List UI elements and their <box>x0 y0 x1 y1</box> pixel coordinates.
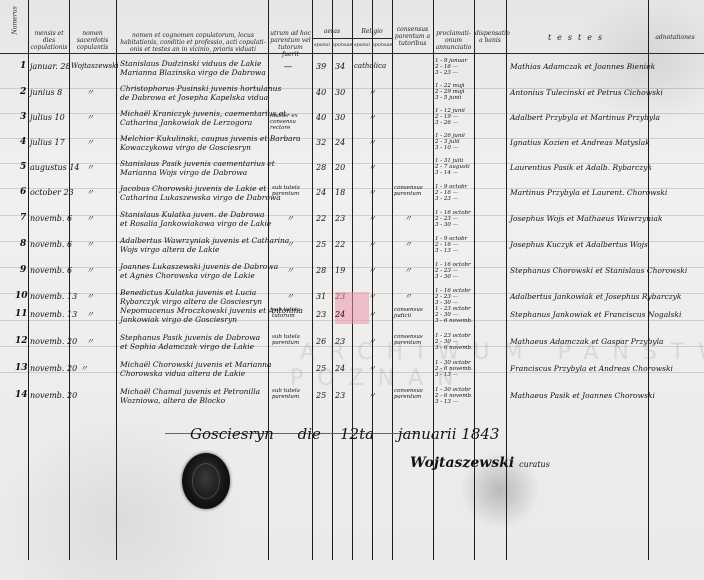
row-age-bride: 30 <box>335 113 345 122</box>
row-witnesses: Josephus Wojs et Mathaeus Wawrzyniak <box>510 214 663 223</box>
header-couple: nomen et cognomen copulatorum, locus hab… <box>120 32 266 53</box>
row-number: 8 <box>20 240 26 249</box>
row-religion: 〃 <box>368 310 376 319</box>
row-age-bride: 20 <box>335 163 345 172</box>
row-religion: 〃 <box>368 240 376 249</box>
column-rule <box>28 0 29 560</box>
column-rule <box>474 0 475 560</box>
row-age-bride: 18 <box>335 188 345 197</box>
column-rule <box>506 0 507 560</box>
row-priest: 〃 <box>86 88 94 97</box>
row-date: novemb. 6 <box>30 214 72 223</box>
row-banns-3: 3 - 10 — <box>435 145 458 151</box>
row-bride: Chorowska vidua altera de Lakie <box>120 369 245 379</box>
row-bride: Marianna Blazinska virgo de Dabrowa <box>120 68 266 78</box>
archive-watermark-city: POZNAŃ <box>290 366 468 391</box>
header-dispensation: consensus parentum a tutoribus <box>393 26 432 47</box>
row-age-groom: 40 <box>316 88 326 97</box>
row-age-bride: 23 <box>335 214 345 223</box>
row-priest: 〃 <box>80 364 88 373</box>
row-age-bride: 22 <box>335 240 345 249</box>
row-religion: 〃 <box>368 214 376 223</box>
row-date: junius 8 <box>30 88 62 97</box>
header-priest: nomen sacerdotis copulantis <box>70 30 115 51</box>
row-consent: 〃 <box>286 292 294 301</box>
row-consent: sub tutela tutorum <box>272 307 312 319</box>
row-number: 1 <box>20 62 26 71</box>
row-number: 3 <box>20 113 26 122</box>
row-witnesses: Ignatius Kozien et Andreas Matyslak <box>510 138 650 147</box>
header-rule <box>0 53 704 54</box>
row-consent: 〃 <box>286 240 294 249</box>
header-religion-sponsi: sponsi <box>352 42 372 49</box>
closing-place: Gosciesryn <box>190 425 274 443</box>
row-bride: et Rosalia Jankowiakowa virgo de Lakie <box>120 219 271 229</box>
row-bride: de Dabrowa et Josepha Kapelska vidua <box>120 93 268 103</box>
row-number: 9 <box>20 266 26 275</box>
row-banns-3: 3 - 6 novemb. <box>435 318 473 324</box>
header-impediment: dispensatio a banis <box>475 30 505 44</box>
row-number: 11 <box>15 310 28 319</box>
row-priest: 〃 <box>86 113 94 122</box>
row-banns-3: 3 - 13 — <box>435 248 458 254</box>
row-priest: 〃 <box>86 337 94 346</box>
header-religion: Religio <box>352 28 392 35</box>
header-date: mensis et dies copulationis <box>30 30 68 51</box>
row-age-bride: 23 <box>335 391 345 400</box>
column-rule <box>332 0 333 560</box>
row-banns-3: 3 - 5 junii <box>435 95 461 101</box>
row-priest: 〃 <box>86 310 94 319</box>
column-rule <box>69 0 70 560</box>
row-age-groom: 40 <box>316 113 326 122</box>
row-bride: Wozniowa, altera de Blocko <box>120 396 225 406</box>
row-age-groom: 31 <box>316 292 326 301</box>
closing-date-line: Gosciesryn die 12ta januarii 1843 <box>190 425 499 443</box>
row-religion: catholica <box>354 62 386 71</box>
row-dispensation: 〃 <box>404 292 412 301</box>
row-age-bride: 34 <box>335 62 345 71</box>
signature-role: curatus <box>519 460 550 469</box>
row-age-bride: 24 <box>335 138 345 147</box>
row-date: novemb. 13 <box>30 310 77 319</box>
row-witnesses: Antonius Tulecinski et Petrus Cichowski <box>510 88 663 97</box>
row-age-groom: 24 <box>316 188 326 197</box>
row-witnesses: Martinus Przybyla et Laurent. Chorowski <box>510 188 667 197</box>
row-witnesses: Josephus Kuczyk et Adalbertus Wojs <box>510 240 648 249</box>
highlight-mark <box>335 292 369 324</box>
closing-month-year: januarii 1843 <box>398 425 500 443</box>
row-religion: 〃 <box>368 391 376 400</box>
row-priest: 〃 <box>86 292 94 301</box>
signature: Wojtaszewski curatus <box>410 455 550 471</box>
row-consent: muster ex consensu rectore <box>270 113 312 131</box>
header-banns: proclamati­onum annunciatio <box>434 30 473 51</box>
row-consent: sub tutela parentum <box>272 185 312 197</box>
row-dispensation: 〃 <box>404 240 412 249</box>
row-religion: 〃 <box>368 163 376 172</box>
column-rule <box>352 0 353 560</box>
row-date: novemb. 6 <box>30 266 72 275</box>
row-age-groom: 28 <box>316 266 326 275</box>
row-date: novemb. 20 <box>30 337 77 346</box>
row-number: 12 <box>15 337 28 346</box>
closing-die: die <box>298 425 321 443</box>
row-banns-3: 3 - 30 — <box>435 222 458 228</box>
row-date: october 23 <box>30 188 74 197</box>
row-age-groom: 25 <box>316 240 326 249</box>
row-bride: et Agnes Chorowska virgo de Lakie <box>120 271 255 281</box>
row-age-groom: 28 <box>316 163 326 172</box>
row-age-groom: 32 <box>316 138 326 147</box>
row-religion: 〃 <box>368 188 376 197</box>
row-bride: Marianna Wojs virgo de Dabrowa <box>120 168 247 178</box>
row-witnesses: Mathaeus Pasik et Joannes Chorowski <box>510 391 655 400</box>
row-priest: 〃 <box>86 266 94 275</box>
column-rule <box>433 0 434 560</box>
row-banns-3: 3 - 26 — <box>435 120 458 126</box>
row-religion: 〃 <box>368 113 376 122</box>
row-date: novemb. 6 <box>30 240 72 249</box>
row-priest: 〃 <box>86 214 94 223</box>
row-bride: Catharina Lukaszewska virgo de Dabrowa <box>120 193 281 203</box>
row-date: novemb. 20 <box>30 391 77 400</box>
row-dispensation: consensus parentum <box>394 185 432 197</box>
row-banns-3: 3 - 13 — <box>435 399 458 405</box>
row-priest: 〃 <box>86 188 94 197</box>
row-witnesses: Stephanus Chorowski et Stanislaus Chorow… <box>510 266 687 275</box>
header-notes: adnotationes <box>650 34 700 41</box>
row-age-groom: 23 <box>316 310 326 319</box>
header-witnesses: testes <box>508 34 648 41</box>
row-consent: 〃 <box>286 214 294 223</box>
column-rule <box>648 0 649 560</box>
row-age-bride: 24 <box>335 310 345 319</box>
row-consent: 〃 <box>286 266 294 275</box>
signature-name: Wojtaszewski <box>410 455 514 471</box>
row-banns-3: 3 - 23 — <box>435 70 458 76</box>
row-bride: Jankowiak virgo de Gosciesryn <box>120 315 237 325</box>
row-religion: 〃 <box>368 138 376 147</box>
header-age-sponsae: sponsae <box>332 42 352 49</box>
row-number: 7 <box>20 214 26 223</box>
header-consent: utrum ad hoc parentum vel tutorum fuerit <box>270 30 311 58</box>
row-priest: 〃 <box>86 163 94 172</box>
row-number: 2 <box>20 88 26 97</box>
row-witnesses: Franciscus Przybyla et Andreas Chorowski <box>510 364 673 373</box>
row-bride: Kowaczykowa virgo de Gosciesryn <box>120 143 251 153</box>
row-age-groom: 22 <box>316 214 326 223</box>
row-consent: — <box>284 62 292 71</box>
row-witnesses: Mathias Adamczak et Joannes Bieniek <box>510 62 655 71</box>
column-rule <box>312 0 313 560</box>
header-numerus: Numerus <box>12 13 19 35</box>
row-date: novemb. 20 <box>30 364 77 373</box>
row-religion: 〃 <box>368 292 376 301</box>
row-religion: 〃 <box>368 266 376 275</box>
row-number: 14 <box>15 391 28 400</box>
row-number: 13 <box>15 364 28 373</box>
document-page: Numerus mensis et dies copulationis nome… <box>0 0 704 580</box>
row-dispensation: 〃 <box>404 266 412 275</box>
row-number: 4 <box>20 138 26 147</box>
row-age-bride: 19 <box>335 266 345 275</box>
row-age-bride: 30 <box>335 88 345 97</box>
row-dispensation: 〃 <box>404 214 412 223</box>
row-number: 10 <box>15 292 28 301</box>
header-religion-sponsae: sponsae <box>372 42 392 49</box>
archive-watermark: ARCHIWUM PAŃSTWOWE <box>300 340 704 365</box>
row-priest: 〃 <box>86 138 94 147</box>
row-banns-3: 3 - 30 — <box>435 274 458 280</box>
row-witnesses: Adalbertus Jankowiak et Josephus Rybarcz… <box>510 292 681 301</box>
header-age-sponsi: sponsi <box>312 42 332 49</box>
row-age-groom: 39 <box>316 62 326 71</box>
row-bride: Catharina Jankowiak de Lerzogora <box>120 118 252 128</box>
parish-seal-icon <box>182 453 230 509</box>
row-date: julius 10 <box>30 113 65 122</box>
row-banns-3: 3 - 23 — <box>435 196 458 202</box>
row-number: 6 <box>20 188 26 197</box>
header-subrule <box>312 38 392 39</box>
row-date: julius 17 <box>30 138 65 147</box>
closing-day: 12ta <box>340 425 374 443</box>
row-banns-3: 3 - 14 — <box>435 170 458 176</box>
row-priest: 〃 <box>86 240 94 249</box>
column-rule <box>372 0 373 560</box>
row-date: januar. 28 <box>30 62 71 71</box>
header-age: aetas <box>312 28 352 35</box>
row-date: novemb. 13 <box>30 292 77 301</box>
column-rule <box>116 0 117 560</box>
row-witnesses: Laurentius Pasik et Adalb. Rybarczyk <box>510 163 652 172</box>
row-witnesses: Stephanus Jankowiak et Franciscus Nogals… <box>510 310 681 319</box>
row-dispensation: consensus judicii <box>394 307 432 319</box>
row-priest: Wojtaszewski <box>71 62 119 71</box>
row-number: 5 <box>20 163 26 172</box>
row-date: augustus 14 <box>30 163 80 172</box>
row-bride: et Sophia Adamczak virgo de Lakie <box>120 342 254 352</box>
row-bride: Wojs virgo altera de Lakie <box>120 245 219 255</box>
row-age-groom: 25 <box>316 391 326 400</box>
column-rule <box>392 0 393 560</box>
row-religion: 〃 <box>368 88 376 97</box>
row-witnesses: Adalbert Przybyla et Martinus Przybyla <box>510 113 660 122</box>
